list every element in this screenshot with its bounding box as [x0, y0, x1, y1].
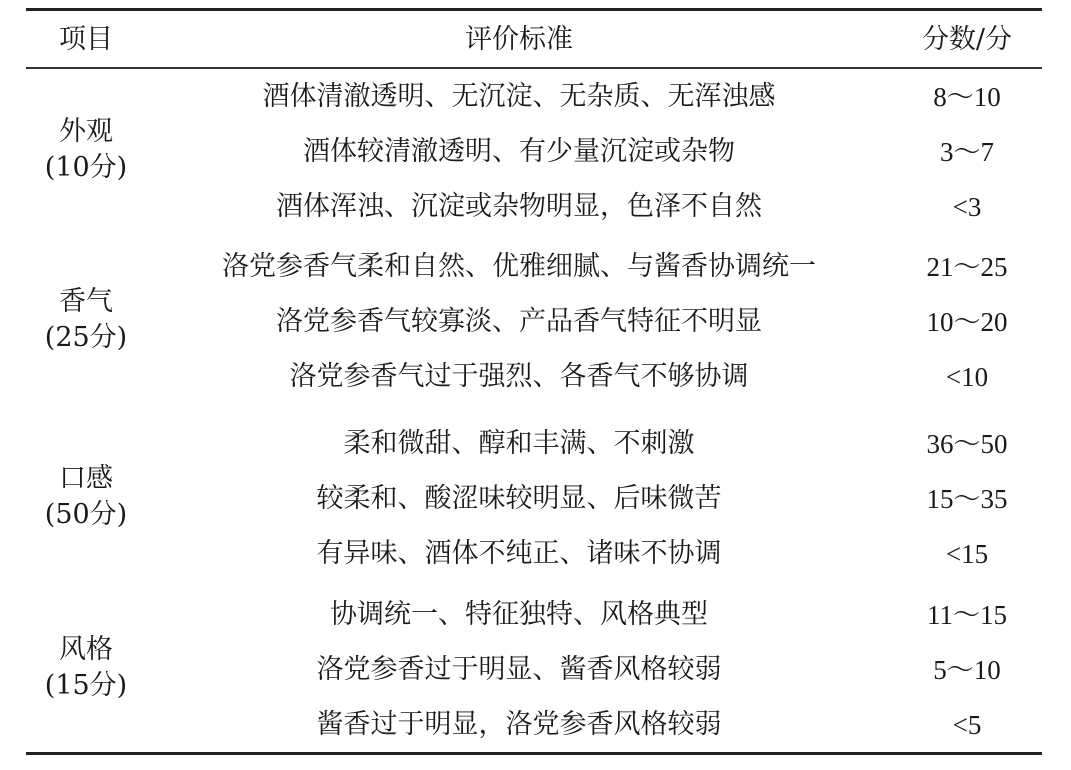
score-cell: 5～10: [892, 644, 1042, 696]
header-criteria: 评价标准: [146, 18, 892, 62]
table-row: 酒体清澈透明、无沉淀、无杂质、无浑浊感 8～10: [26, 71, 1042, 123]
criteria-cell: 较柔和、酸涩味较明显、后味微苦: [146, 473, 892, 525]
criteria-cell: 洛党参香过于明显、酱香风格较弱: [146, 644, 892, 696]
score-cell: 10～20: [892, 296, 1042, 348]
score-cell: 3～7: [892, 126, 1042, 178]
table-row: 柔和微甜、醇和丰满、不刺激 36～50: [26, 418, 1042, 470]
table-row: 洛党参香气较寡淡、产品香气特征不明显 10～20: [26, 296, 1042, 348]
table-row: 酒体较清澈透明、有少量沉淀或杂物 3～7: [26, 126, 1042, 178]
top-rule: [26, 8, 1042, 11]
criteria-cell: 酱香过于明显，洛党参香风格较弱: [146, 699, 892, 751]
table-row: 酱香过于明显，洛党参香风格较弱 <5: [26, 699, 1042, 751]
table-row: 洛党参香气柔和自然、优雅细腻、与酱香协调统一 21～25: [26, 241, 1042, 293]
table-row: 较柔和、酸涩味较明显、后味微苦 15～35: [26, 473, 1042, 525]
header-rule: [26, 67, 1042, 69]
score-cell: <5: [892, 699, 1042, 751]
score-cell: <10: [892, 351, 1042, 403]
criteria-cell: 协调统一、特征独特、风格典型: [146, 589, 892, 641]
table-row: 酒体浑浊、沉淀或杂物明显，色泽不自然 <3: [26, 181, 1042, 233]
table-row: 洛党参香气过于强烈、各香气不够协调 <10: [26, 351, 1042, 403]
table-row: 协调统一、特征独特、风格典型 11～15: [26, 589, 1042, 641]
criteria-cell: 洛党参香气过于强烈、各香气不够协调: [146, 351, 892, 403]
score-cell: <15: [892, 528, 1042, 580]
score-cell: 21～25: [892, 241, 1042, 293]
score-cell: 15～35: [892, 473, 1042, 525]
score-cell: 11～15: [892, 589, 1042, 641]
header-score: 分数/分: [892, 18, 1042, 62]
criteria-cell: 柔和微甜、醇和丰满、不刺激: [146, 418, 892, 470]
score-cell: <3: [892, 181, 1042, 233]
criteria-cell: 有异味、酒体不纯正、诸味不协调: [146, 528, 892, 580]
score-cell: 8～10: [892, 71, 1042, 123]
bottom-rule: [26, 752, 1042, 755]
table-row: 有异味、酒体不纯正、诸味不协调 <15: [26, 528, 1042, 580]
header-item: 项目: [26, 18, 146, 62]
score-cell: 36～50: [892, 418, 1042, 470]
criteria-cell: 酒体清澈透明、无沉淀、无杂质、无浑浊感: [146, 71, 892, 123]
criteria-cell: 洛党参香气较寡淡、产品香气特征不明显: [146, 296, 892, 348]
criteria-cell: 酒体较清澈透明、有少量沉淀或杂物: [146, 126, 892, 178]
criteria-cell: 酒体浑浊、沉淀或杂物明显，色泽不自然: [146, 181, 892, 233]
table-row: 洛党参香过于明显、酱香风格较弱 5～10: [26, 644, 1042, 696]
criteria-cell: 洛党参香气柔和自然、优雅细腻、与酱香协调统一: [146, 241, 892, 293]
